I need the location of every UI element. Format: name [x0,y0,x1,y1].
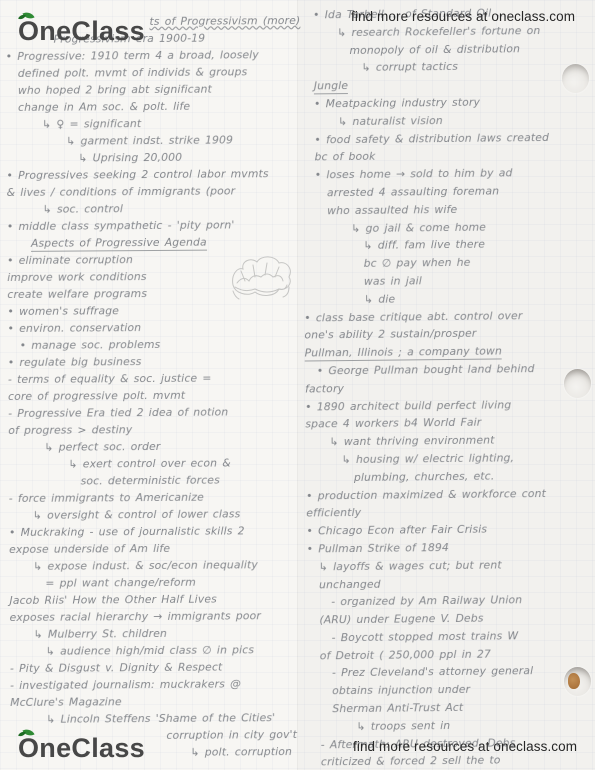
note-line: core of progressive polt. mvmt [8,386,300,405]
resources-tagline-bottom: find more resources at oneclass.com [353,739,577,754]
oneclass-logo-bottom: OneClass [18,733,145,764]
pencil-doodle-sketch [227,247,297,311]
note-line: defined polt. mvmt of individs & groups [6,63,298,82]
note-line: • middle class sympathetic - 'pity porn' [7,216,299,235]
note-line: ↳ garment indst. strike 1909 [6,131,298,150]
note-line: ↳ Uprising 20,000 [6,148,298,167]
notes-column-left: ts of Progressivism (more)Progressivism … [5,12,302,762]
hole-punch-bottom [564,667,591,696]
notes-column-right: • Ida Tarbell … of Standard Oil …↳ resea… [301,4,595,770]
oneclass-logo-top: OneClass [18,16,145,47]
note-line: = ppl want change/reform [9,573,301,592]
note-line: ↳ Mulberry St. children [10,624,302,643]
note-line: • environ. conservation [8,318,300,337]
note-line: ↳ expose indust. & soc/econ inequality [9,556,301,575]
note-line: - Progressive Era tied 2 idea of notion [8,403,300,422]
note-line: soc. deterministic forces [9,471,301,490]
note-line: change in Am soc. & polt. life [6,97,298,116]
note-line: ↳ soc. control [7,199,299,218]
note-line: - force immigrants to Americanize [9,488,301,507]
note-line: of progress > destiny [8,420,300,439]
note-line: - investigated journalism: muckrakers @ [10,675,302,694]
resources-tagline-top: find more resources at oneclass.com [351,9,575,24]
note-line: Jacob Riis' How the Other Half Lives [9,590,301,609]
note-line: ↳ exert control over econ & [8,454,300,473]
note-line: who hoped 2 bring abt significant [6,80,298,99]
oneclass-logo-text: OneClass [18,16,145,46]
note-line: ↳ oversight & control of lower class [9,505,301,524]
note-line: ↳ ♀ = significant [6,114,298,133]
note-line: ↳ audience high/mid class ∅ in pics [10,641,302,660]
note-line: - terms of equality & soc. justice = [8,369,300,388]
note-line: • Muckraking - use of journalistic skill… [9,522,301,541]
note-line: • regulate big business [8,352,300,371]
oneclass-logo-text: OneClass [18,733,145,763]
note-line: • Progressives seeking 2 control labor m… [6,165,298,184]
note-line: ↳ Lincoln Steffens 'Shame of the Cities' [10,709,302,728]
note-line: & lives / conditions of immigrants (poor [7,182,299,201]
note-line: - Pity & Disgust v. Dignity & Respect [10,658,302,677]
note-line: McClure's Magazine [10,692,302,711]
note-line: • food safety & distribution laws create… [302,128,590,149]
hole-punch-top [562,64,589,93]
note-line: exposes racial hierarchy → immigrants po… [10,607,302,626]
note-line: • Progressive: 1910 term 4 a broad, loos… [6,46,298,65]
hole-punch-middle [564,369,591,398]
note-line: • manage soc. problems [8,335,300,354]
note-line: expose underside of Am life [9,539,301,558]
note-line: ↳ perfect soc. order [8,437,300,456]
